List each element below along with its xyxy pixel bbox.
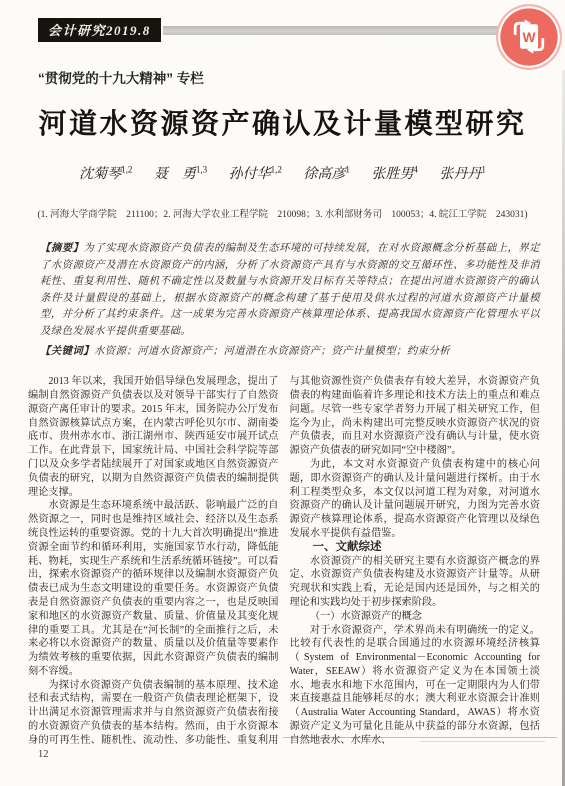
svg-text:W: W	[522, 29, 536, 45]
author-affiliation-sup: 1,3	[196, 164, 207, 174]
author: 徐高彦1	[303, 167, 350, 182]
paragraph: 对于水资源资产，学术界尚未有明确统一的定义。比较有代表性的是联合国通过的水资源环…	[290, 624, 541, 748]
abstract-block: 【摘要】为了实现水资源资产负债表的编制及生态环境的可持续发展，在对水资源概念分析…	[40, 241, 540, 341]
paragraph: 为探讨水资源资产负债表编制的基本原理、技术途径和表式结构，需要在一般资产负债表理…	[28, 679, 279, 747]
abstract-text: 为了实现水资源资产负债表的编制及生态环境的可持续发展，在对水资源概念分析基础上，…	[40, 243, 540, 337]
journal-page-scan: 会计研究2019.8 W “贯彻党的十九大精神” 专栏 河道水资源资产确认及计量…	[0, 0, 565, 786]
keywords-block: 【关键词】水资源；河道水资源资产；河道潜在水资源资产；资产计量模型；约束分析	[40, 344, 540, 361]
author: 张丹丹1	[439, 167, 486, 182]
right-column: 与其他资源性资产负债表存有较大差异，水资源资产负债表的构建面临着许多理论和技术方…	[290, 375, 541, 747]
section-heading: 一、文献综述	[290, 541, 541, 555]
abstract-label: 【摘要】	[40, 243, 83, 254]
page-number: 12	[38, 749, 49, 760]
author-affiliation-sup: 1,2	[271, 164, 282, 174]
paragraph: 2013 年以来，我国开始倡导绿色发展理念，提出了编制自然资源资产负债表以及对领…	[28, 375, 279, 499]
header-rule-bar	[163, 26, 507, 35]
left-column: 2013 年以来，我国开始倡导绿色发展理念，提出了编制自然资源资产负债表以及对领…	[28, 375, 279, 747]
author: 张胜男4	[371, 167, 418, 182]
journal-badge: 会计研究2019.8	[38, 18, 161, 42]
keywords-text: 水资源；河道水资源资产；河道潜在水资源资产；资产计量模型；约束分析	[94, 346, 450, 357]
keywords-label: 【关键词】	[40, 346, 94, 357]
author: 沈菊琴1,2	[79, 167, 132, 182]
author: 孙付华1,2	[229, 167, 282, 182]
author: 聂 勇1,3	[154, 167, 207, 182]
body-columns: 2013 年以来，我国开始倡导绿色发展理念，提出了编制自然资源资产负债表以及对领…	[28, 375, 540, 747]
page-header: 会计研究2019.8	[0, 0, 565, 42]
author-affiliation-sup: 1	[481, 164, 486, 174]
affiliations-line: (1. 河海大学商学院 211100；2. 河海大学农业工程学院 210098；…	[0, 206, 565, 220]
author-affiliation-sup: 1	[345, 164, 350, 174]
paragraph-continuation: 与其他资源性资产负债表存有较大差异，水资源资产负债表的构建面临着许多理论和技术方…	[290, 375, 541, 458]
author-affiliation-sup: 1,2	[121, 164, 132, 174]
word-convert-icon: W	[495, 59, 563, 74]
subsection-heading: （一）水资源资产的概念	[290, 610, 541, 624]
author-affiliation-sup: 4	[413, 164, 418, 174]
scan-smudge-line	[420, 741, 545, 742]
paper-title: 河道水资源资产确认及计量模型研究	[20, 102, 545, 142]
paragraph: 为此，本文对水资源资产负债表构建中的核心问题，即水资源资产的确认及计量问题进行探…	[290, 458, 541, 541]
wps-convert-button[interactable]: W	[495, 3, 563, 71]
scan-smudge-line	[283, 737, 557, 738]
author-line: 沈菊琴1,2 聂 勇1,3 孙付华1,2 徐高彦1 张胜男4 张丹丹1	[0, 163, 565, 183]
paragraph: 水资源资产的相关研究主要有水资源资产概念的界定、水资源资产负债表构建及水资源资产…	[290, 555, 541, 610]
paragraph: 水资源是生态环境系统中最活跃、影响最广泛的自然资源之一，同时也是维持区域社会、经…	[28, 499, 279, 678]
special-column-label: “贯彻党的十九大精神” 专栏	[38, 67, 565, 87]
